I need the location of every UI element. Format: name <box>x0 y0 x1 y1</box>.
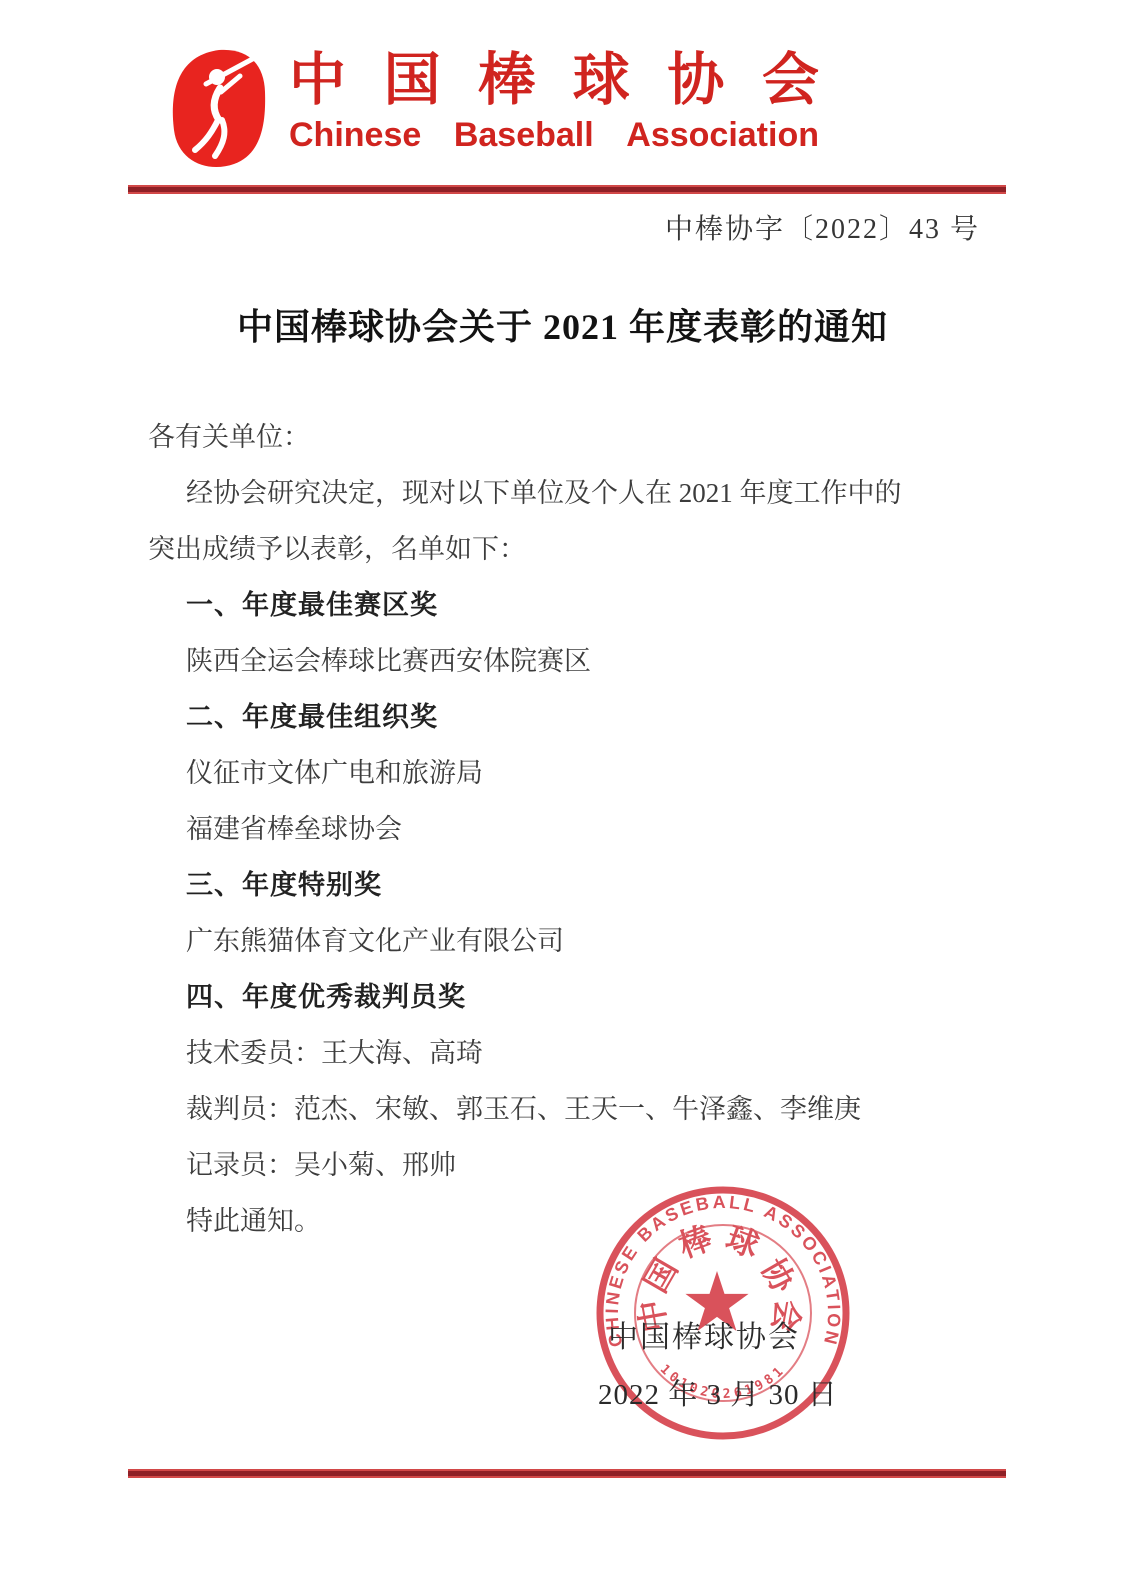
signature-organization: 中国棒球协会 <box>608 1312 818 1356</box>
section-item: 裁判员：范杰、宋敏、郭玉石、王天一、牛泽鑫、李维庚 <box>186 1081 984 1137</box>
section-heading-1: 一、年度最佳赛区奖 <box>186 577 984 633</box>
association-name-chinese: 中 国 棒 球 协 会 <box>289 52 819 109</box>
cn-char: 棒 <box>478 52 535 109</box>
cn-char: 中 <box>289 52 346 109</box>
seal-char: 协 <box>755 1253 803 1300</box>
signature-date: 2022 年 3 月 30 日 <box>598 1372 858 1413</box>
cn-char: 球 <box>573 52 630 109</box>
intro-line: 经协会研究决定，现对以下单位及个人在 2021 年度工作中的 <box>148 465 984 521</box>
section-heading-3: 三、年度特别奖 <box>186 857 984 913</box>
association-name-english: Chinese Baseball Association <box>289 118 819 152</box>
footer-divider-rule <box>128 1469 1006 1478</box>
section-item: 福建省棒垒球协会 <box>186 801 984 857</box>
section-heading-4: 四、年度优秀裁判员奖 <box>186 969 984 1025</box>
seal-char: 国 <box>637 1253 684 1299</box>
section-item: 陕西全运会棒球比赛西安体院赛区 <box>186 633 984 689</box>
section-heading-2: 二、年度最佳组织奖 <box>186 689 984 745</box>
en-word: Association <box>626 118 819 152</box>
seal-char: 球 <box>721 1220 763 1265</box>
notice-document-page: 中 国 棒 球 协 会 Chinese Baseball Association… <box>0 0 1125 1581</box>
cn-char: 会 <box>762 52 819 109</box>
en-word: Baseball <box>454 118 594 152</box>
cn-char: 国 <box>384 52 441 109</box>
closing-line: 特此通知。 <box>186 1193 984 1249</box>
section-item: 广东熊猫体育文化产业有限公司 <box>186 913 984 969</box>
cn-char: 协 <box>667 52 724 109</box>
intro-line: 突出成绩予以表彰，名单如下： <box>148 521 984 577</box>
salutation: 各有关单位： <box>148 409 984 465</box>
section-item: 技术委员：王大海、高琦 <box>186 1025 984 1081</box>
document-number: 中棒协字〔2022〕43 号 <box>665 207 980 247</box>
document-body: 各有关单位： 经协会研究决定，现对以下单位及个人在 2021 年度工作中的 突出… <box>148 409 984 1249</box>
association-name-block: 中 国 棒 球 协 会 Chinese Baseball Association <box>289 52 819 152</box>
section-item: 记录员：吴小菊、邢帅 <box>186 1137 984 1193</box>
en-word: Chinese <box>289 118 421 152</box>
header-divider-rule <box>128 185 1006 194</box>
section-item: 仪征市文体广电和旅游局 <box>186 745 984 801</box>
document-title: 中国棒球协会关于 2021 年度表彰的通知 <box>0 299 1125 350</box>
baseball-batter-logo-icon <box>168 46 270 170</box>
